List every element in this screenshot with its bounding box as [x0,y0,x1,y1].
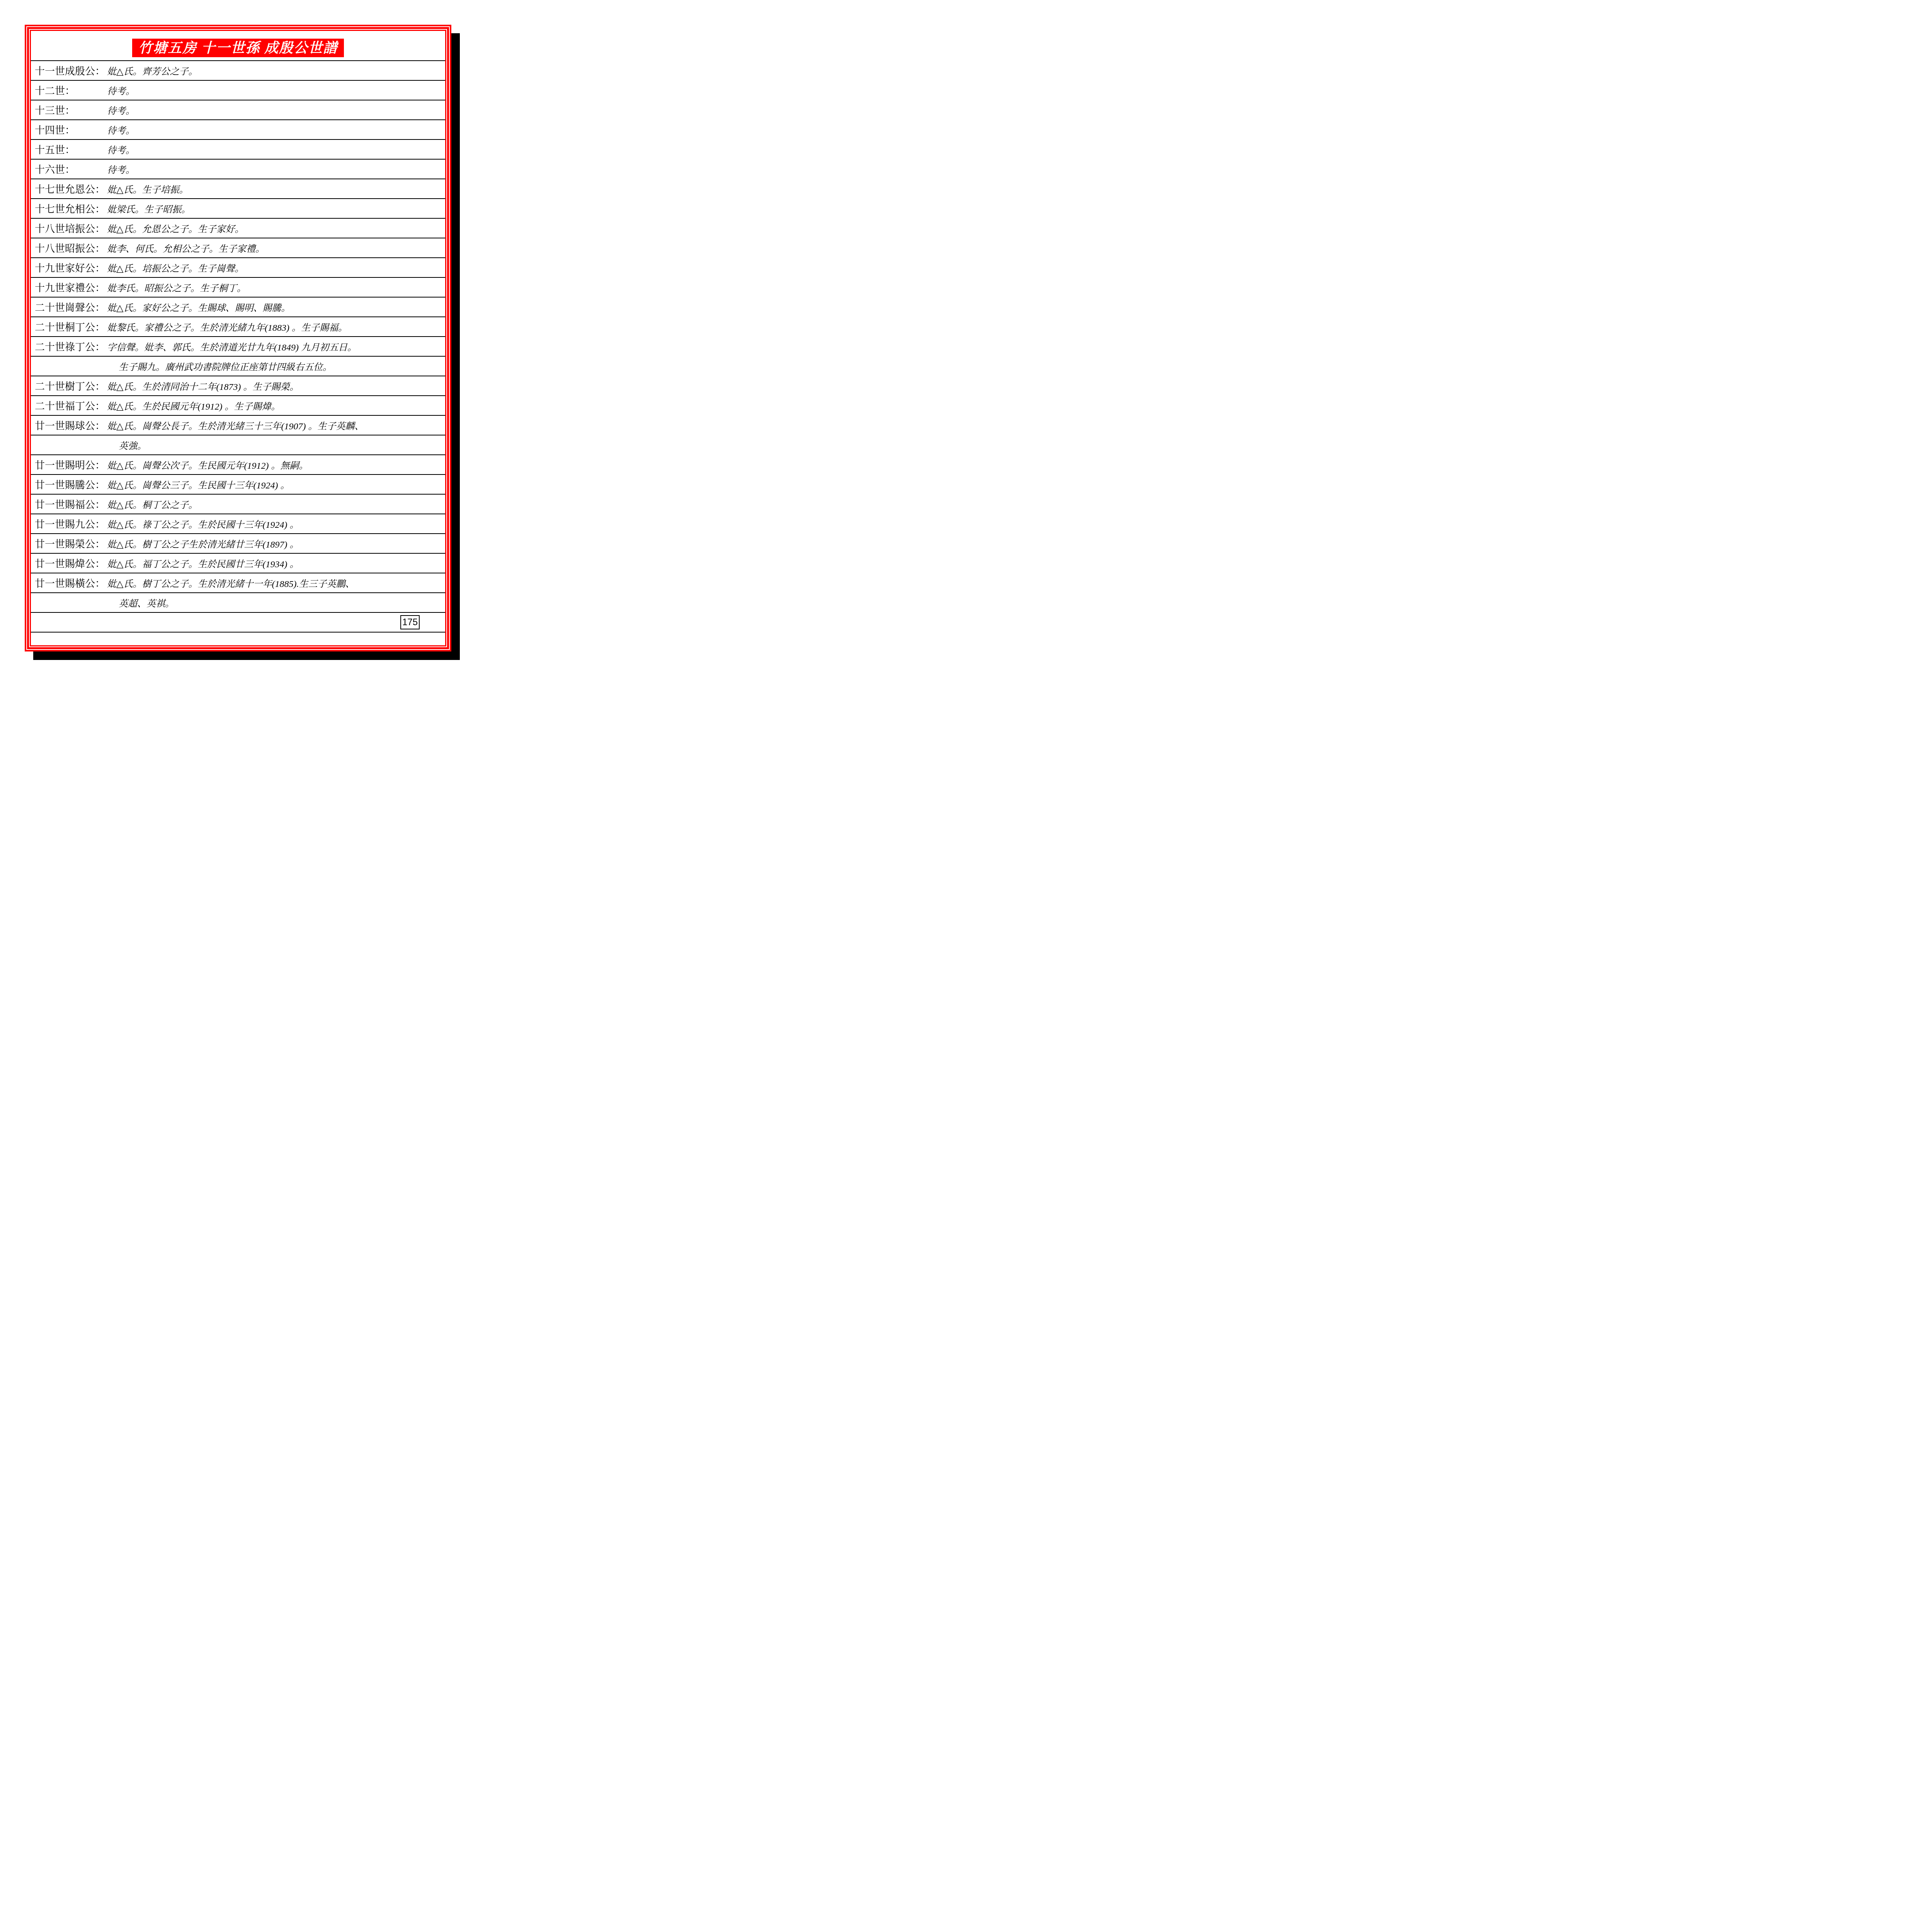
table-row: 十一世成殷公：妣△氏。齊芳公之子。 [31,60,445,80]
row-content: 妣△氏。生於清同治十二年(1873) 。生子賜榮。 [107,379,445,393]
row-content: 妣黎氏。家禮公之子。生於清光緒九年(1883) 。生子賜福。 [107,320,445,333]
row-content: 妣△氏。桐丁公之子。 [107,497,445,511]
row-content: 妣△氏。樹丁公之子。生於清光緒十一年(1885).生三子英鵬、 [107,576,445,590]
genealogy-table: 十一世成殷公：妣△氏。齊芳公之子。十二世：待考。十三世：待考。十四世：待考。十五… [31,60,445,633]
page-title: 竹塘五房 十一世孫 成殷公世譜 [132,39,344,57]
row-content: 字信聲。妣李、郭氏。生於清道光廿九年(1849) 九月初五日。 [107,340,445,353]
red-frame-middle: 竹塘五房 十一世孫 成殷公世譜 十一世成殷公：妣△氏。齊芳公之子。十二世：待考。… [27,27,449,649]
table-row: 十七世允相公：妣梁氏。生子昭振。 [31,198,445,218]
row-label: 廿一世賜明公： [31,457,107,472]
red-frame-outer: 竹塘五房 十一世孫 成殷公世譜 十一世成殷公：妣△氏。齊芳公之子。十二世：待考。… [25,25,451,651]
row-label: 廿一世賜騰公： [31,477,107,492]
row-label: 廿一世賜球公： [31,418,107,432]
table-row: 十七世允恩公：妣△氏。生子培振。 [31,179,445,198]
row-content: 待考。 [107,83,445,97]
page-number-box: 175 [400,615,420,629]
genealogy-page: 竹塘五房 十一世孫 成殷公世譜 十一世成殷公：妣△氏。齊芳公之子。十二世：待考。… [0,0,479,678]
row-content: 妣李氏。昭振公之子。生子桐丁。 [107,281,445,294]
table-row: 廿一世賜煒公：妣△氏。福丁公之子。生於民國廿三年(1934) 。 [31,553,445,573]
row-content: 妣△氏。福丁公之子。生於民國廿三年(1934) 。 [107,556,445,570]
table-row: 十三世：待考。 [31,100,445,119]
table-row: 廿一世賜騰公：妣△氏。崗聲公三子。生民國十三年(1924) 。 [31,474,445,494]
table-row: 十八世培振公：妣△氏。允恩公之子。生子家好。 [31,218,445,238]
row-label: 十二世： [31,83,107,97]
row-label: 二十世崗聲公： [31,300,107,314]
row-content: 妣△氏。崗聲公次子。生民國元年(1912) 。無嗣。 [107,458,445,471]
row-label: 十七世允相公： [31,201,107,216]
table-row: 十五世：待考。 [31,139,445,159]
red-frame-inner: 竹塘五房 十一世孫 成殷公世譜 十一世成殷公：妣△氏。齊芳公之子。十二世：待考。… [30,30,446,646]
row-content: 妣△氏。崗聲公三子。生民國十三年(1924) 。 [107,478,445,491]
row-label: 十四世： [31,122,107,137]
row-content: 待考。 [107,123,445,136]
row-content: 待考。 [107,162,445,176]
row-content: 妣△氏。培振公之子。生子崗聲。 [107,261,445,274]
row-label: 十九世家好公： [31,260,107,275]
table-row: 廿一世賜球公：妣△氏。崗聲公長子。生於清光緒三十三年(1907) 。生子英麟、 [31,415,445,435]
row-content: 妣△氏。崗聲公長子。生於清光緒三十三年(1907) 。生子英麟、 [107,418,445,432]
table-row: 二十世桐丁公：妣黎氏。家禮公之子。生於清光緒九年(1883) 。生子賜福。 [31,316,445,336]
row-content: 妣△氏。祿丁公之子。生於民國十三年(1924) 。 [107,517,445,531]
table-row: 廿一世賜九公：妣△氏。祿丁公之子。生於民國十三年(1924) 。 [31,514,445,533]
row-content: 妣△氏。齊芳公之子。 [107,64,445,77]
row-content: 待考。 [107,143,445,156]
row-content: 妣△氏。樹丁公之子生於清光緒廿三年(1897) 。 [107,537,445,550]
page-number-row: 175 [31,612,445,633]
table-row: 十二世：待考。 [31,80,445,100]
table-row: 二十世樹丁公：妣△氏。生於清同治十二年(1873) 。生子賜榮。 [31,376,445,395]
row-label: 廿一世賜橫公： [31,576,107,590]
row-label: 廿一世賜福公： [31,497,107,511]
table-row: 十九世家好公：妣△氏。培振公之子。生子崗聲。 [31,257,445,277]
table-row: 廿一世賜明公：妣△氏。崗聲公次子。生民國元年(1912) 。無嗣。 [31,454,445,474]
row-label: 十五世： [31,142,107,156]
row-content: 英超、英祺。 [107,596,445,609]
table-row: 廿一世賜福公：妣△氏。桐丁公之子。 [31,494,445,514]
table-row: 廿一世賜榮公：妣△氏。樹丁公之子生於清光緒廿三年(1897) 。 [31,533,445,553]
table-row: 廿一世賜橫公：妣△氏。樹丁公之子。生於清光緒十一年(1885).生三子英鵬、 [31,573,445,592]
table-row: 英超、英祺。 [31,592,445,612]
row-content: 英強。 [107,438,445,452]
table-row: 生子賜九。廣州武功書院牌位正座第廿四級右五位。 [31,356,445,376]
row-label: 廿一世賜榮公： [31,536,107,551]
row-label: 十一世成殷公： [31,63,107,78]
row-content: 妣李、何氏。允相公之子。生子家禮。 [107,241,445,255]
row-label: 十六世： [31,162,107,176]
row-label: 二十世樹丁公： [31,379,107,393]
table-row: 二十世祿丁公：字信聲。妣李、郭氏。生於清道光廿九年(1849) 九月初五日。 [31,336,445,356]
row-label: 十七世允恩公： [31,182,107,196]
row-label: 廿一世賜九公： [31,517,107,531]
row-content: 妣△氏。生於民國元年(1912) 。生子賜煒。 [107,399,445,412]
table-row: 二十世崗聲公：妣△氏。家好公之子。生賜球、賜明、賜騰。 [31,297,445,316]
row-content: 妣△氏。允恩公之子。生子家好。 [107,221,445,235]
table-row: 十八世昭振公：妣李、何氏。允相公之子。生子家禮。 [31,238,445,257]
row-content: 妣△氏。家好公之子。生賜球、賜明、賜騰。 [107,300,445,314]
row-content: 生子賜九。廣州武功書院牌位正座第廿四級右五位。 [107,359,445,373]
row-content: 妣梁氏。生子昭振。 [107,202,445,215]
row-label: 二十世福丁公： [31,398,107,413]
row-label: 二十世祿丁公： [31,339,107,354]
row-label: 廿一世賜煒公： [31,556,107,570]
row-label: 十八世培振公： [31,221,107,235]
table-row: 十九世家禮公：妣李氏。昭振公之子。生子桐丁。 [31,277,445,297]
table-row: 十四世：待考。 [31,119,445,139]
table-row: 英強。 [31,435,445,454]
row-label: 十八世昭振公： [31,241,107,255]
row-label: 十三世： [31,103,107,117]
row-content: 妣△氏。生子培振。 [107,182,445,196]
row-label: 二十世桐丁公： [31,320,107,334]
table-row: 十六世：待考。 [31,159,445,179]
row-label: 十九世家禮公： [31,280,107,294]
row-content: 待考。 [107,103,445,117]
table-row: 二十世福丁公：妣△氏。生於民國元年(1912) 。生子賜煒。 [31,395,445,415]
